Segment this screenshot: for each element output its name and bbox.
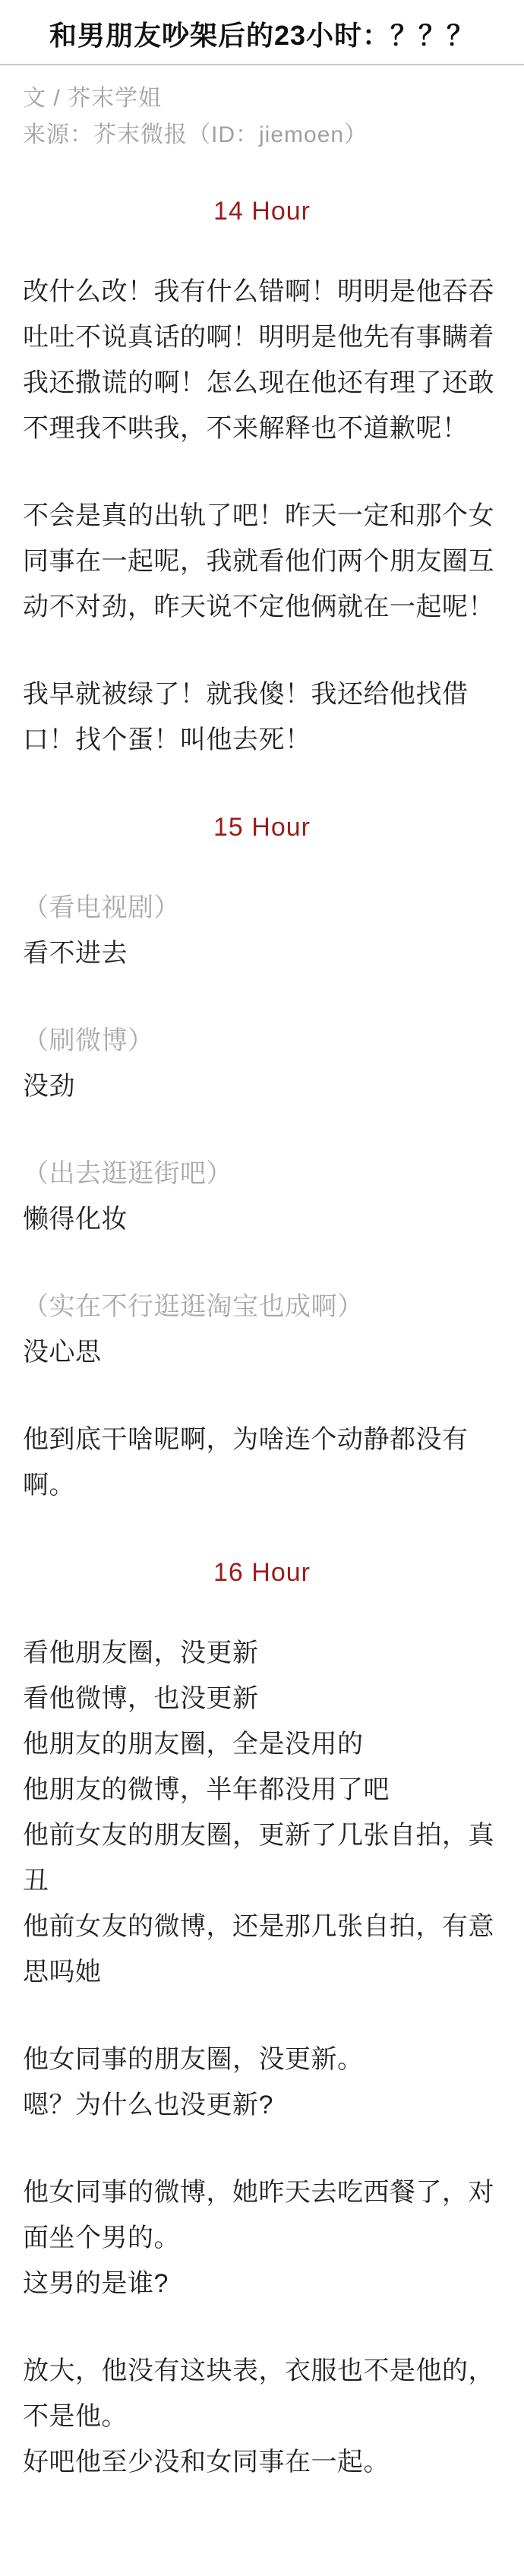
text-line: 没劲: [23, 1064, 501, 1109]
text-line: 看不进去: [23, 931, 501, 976]
text-line: 没心思: [23, 1329, 501, 1375]
text-line: 他前女友的朋友圈，更新了几张自拍，真丑: [23, 1813, 501, 1904]
article-byline: 文 / 芥末学姐: [23, 81, 501, 117]
text-line: 看他微博，也没更新: [23, 1676, 501, 1721]
aside-line: （看电视剧）: [23, 885, 501, 931]
hour-heading: 14 Hour: [23, 188, 501, 234]
text-line: 他到底干啥呢啊，为啥连个动静都没有啊。: [23, 1417, 501, 1508]
article-body: 14 Hour改什么改！我有什么错啊！明明是他吞吞吐吐不说真话的啊！明明是他先有…: [0, 188, 524, 2485]
paragraph-block: 他女同事的朋友圈，没更新。嗯？为什么也没更新?: [23, 2037, 501, 2128]
paragraph-block: 他女同事的微博，她昨天去吃西餐了，对面坐个男的。这男的是谁?: [23, 2170, 501, 2306]
paragraph-block: 改什么改！我有什么错啊！明明是他吞吞吐吐不说真话的啊！明明是他先有事瞒着我还撒谎…: [23, 269, 501, 451]
paragraph-block: （看电视剧）看不进去: [23, 885, 501, 976]
article-title: 和男朋友吵架后的23小时：？？？: [23, 18, 501, 53]
paragraph-block: 放大，他没有这块表，衣服也不是他的，不是他。好吧他至少没和女同事在一起。: [23, 2348, 501, 2485]
paragraph-block: （出去逛逛街吧）懒得化妆: [23, 1151, 501, 1242]
text-line: 他前女友的微博，还是那几张自拍，有意思吗她: [23, 1904, 501, 1995]
paragraph-block: 他到底干啥呢啊，为啥连个动静都没有啊。: [23, 1417, 501, 1508]
text-line: 改什么改！我有什么错啊！明明是他吞吞吐吐不说真话的啊！明明是他先有事瞒着我还撒谎…: [23, 269, 501, 451]
article-page: 和男朋友吵架后的23小时：？？？ 文 / 芥末学姐 来源：芥末微报（ID：jie…: [0, 18, 524, 2505]
text-line: 看他朋友圈，没更新: [23, 1630, 501, 1676]
aside-line: （出去逛逛街吧）: [23, 1151, 501, 1196]
article-source: 来源：芥末微报（ID：jiemoen）: [23, 117, 501, 153]
hour-heading: 16 Hour: [23, 1550, 501, 1595]
hour-section: 15 Hour（看电视剧）看不进去（刷微博）没劲（出去逛逛街吧）懒得化妆（实在不…: [0, 804, 524, 1508]
text-line: 好吧他至少没和女同事在一起。: [23, 2439, 501, 2485]
text-line: 放大，他没有这块表，衣服也不是他的，不是他。: [23, 2348, 501, 2439]
hour-heading: 15 Hour: [23, 804, 501, 850]
text-line: 他女同事的朋友圈，没更新。: [23, 2037, 501, 2082]
text-line: 他女同事的微博，她昨天去吃西餐了，对面坐个男的。: [23, 2170, 501, 2261]
text-line: 不会是真的出轨了吧！昨天一定和那个女同事在一起呢，我就看他们两个朋友圈互动不对劲…: [23, 493, 501, 630]
paragraph-block: 我早就被绿了！就我傻！我还给他找借口！找个蛋！叫他去死！: [23, 672, 501, 763]
hour-section: 14 Hour改什么改！我有什么错啊！明明是他吞吞吐吐不说真话的啊！明明是他先有…: [0, 188, 524, 763]
paragraph-block: 不会是真的出轨了吧！昨天一定和那个女同事在一起呢，我就看他们两个朋友圈互动不对劲…: [23, 493, 501, 630]
text-line: 他朋友的微博，半年都没用了吧: [23, 1767, 501, 1813]
text-line: 这男的是谁?: [23, 2261, 501, 2306]
paragraph-block: （实在不行逛逛淘宝也成啊）没心思: [23, 1284, 501, 1375]
aside-line: （刷微博）: [23, 1018, 501, 1064]
text-line: 懒得化妆: [23, 1196, 501, 1242]
paragraph-block: （刷微博）没劲: [23, 1018, 501, 1109]
text-line: 嗯？为什么也没更新?: [23, 2082, 501, 2128]
text-line: 他朋友的朋友圈，全是没用的: [23, 1721, 501, 1767]
aside-line: （实在不行逛逛淘宝也成啊）: [23, 1284, 501, 1329]
hour-section: 16 Hour看他朋友圈，没更新看他微博，也没更新他朋友的朋友圈，全是没用的他朋…: [0, 1550, 524, 2485]
title-divider: [0, 64, 524, 65]
article-meta: 文 / 芥末学姐 来源：芥末微报（ID：jiemoen）: [23, 81, 501, 153]
paragraph-block: 看他朋友圈，没更新看他微博，也没更新他朋友的朋友圈，全是没用的他朋友的微博，半年…: [23, 1630, 501, 1995]
text-line: 我早就被绿了！就我傻！我还给他找借口！找个蛋！叫他去死！: [23, 672, 501, 763]
